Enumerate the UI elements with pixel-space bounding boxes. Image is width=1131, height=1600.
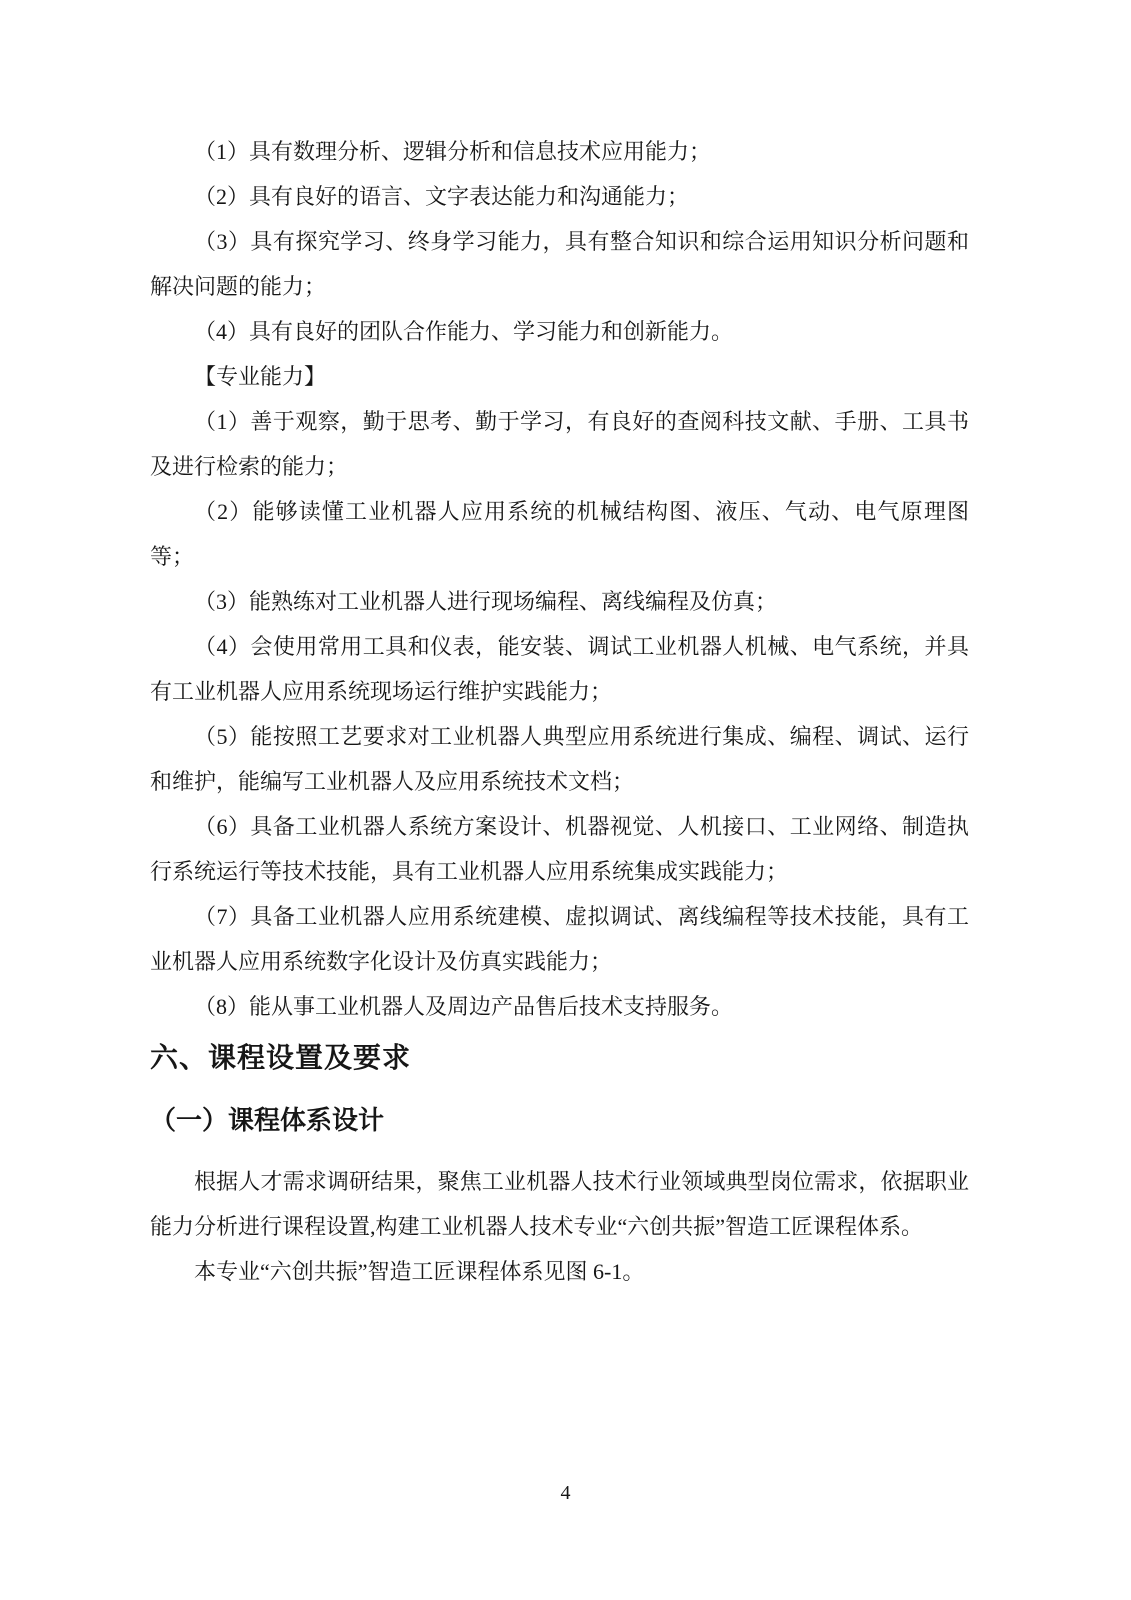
method-ability-item-1: （1）具有数理分析、逻辑分析和信息技术应用能力； <box>150 129 969 174</box>
method-ability-item-2: （2）具有良好的语言、文字表达能力和沟通能力； <box>150 174 969 219</box>
professional-ability-item-5: （5）能按照工艺要求对工业机器人典型应用系统进行集成、编程、调试、运行和维护，能… <box>150 714 969 804</box>
professional-ability-item-1: （1）善于观察，勤于思考、勤于学习，有良好的查阅科技文献、手册、工具书及进行检索… <box>150 399 969 489</box>
figure-reference-paragraph: 本专业“六创共振”智造工匠课程体系见图 6-1。 <box>150 1249 969 1294</box>
document-page: （1）具有数理分析、逻辑分析和信息技术应用能力； （2）具有良好的语言、文字表达… <box>0 0 1131 1600</box>
professional-ability-item-8: （8）能从事工业机器人及周边产品售后技术支持服务。 <box>150 984 969 1029</box>
page-content: （1）具有数理分析、逻辑分析和信息技术应用能力； （2）具有良好的语言、文字表达… <box>150 129 969 1294</box>
page-number: 4 <box>0 1478 1131 1508</box>
professional-ability-item-2: （2）能够读懂工业机器人应用系统的机械结构图、液压、气动、电气原理图等； <box>150 489 969 579</box>
professional-ability-item-7: （7）具备工业机器人应用系统建模、虚拟调试、离线编程等技术技能，具有工业机器人应… <box>150 894 969 984</box>
professional-ability-item-6: （6）具备工业机器人系统方案设计、机器视觉、人机接口、工业网络、制造执行系统运行… <box>150 804 969 894</box>
section-heading: 六、课程设置及要求 <box>150 1033 969 1083</box>
method-ability-item-4: （4）具有良好的团队合作能力、学习能力和创新能力。 <box>150 309 969 354</box>
method-ability-item-3: （3）具有探究学习、终身学习能力，具有整合知识和综合运用知识分析问题和解决问题的… <box>150 219 969 309</box>
professional-ability-label: 【专业能力】 <box>150 354 969 399</box>
subsection-heading: （一）课程体系设计 <box>150 1097 969 1143</box>
professional-ability-item-3: （3）能熟练对工业机器人进行现场编程、离线编程及仿真； <box>150 579 969 624</box>
professional-ability-item-4: （4）会使用常用工具和仪表，能安装、调试工业机器人机械、电气系统，并具有工业机器… <box>150 624 969 714</box>
curriculum-design-paragraph: 根据人才需求调研结果，聚焦工业机器人技术行业领域典型岗位需求，依据职业能力分析进… <box>150 1159 969 1249</box>
